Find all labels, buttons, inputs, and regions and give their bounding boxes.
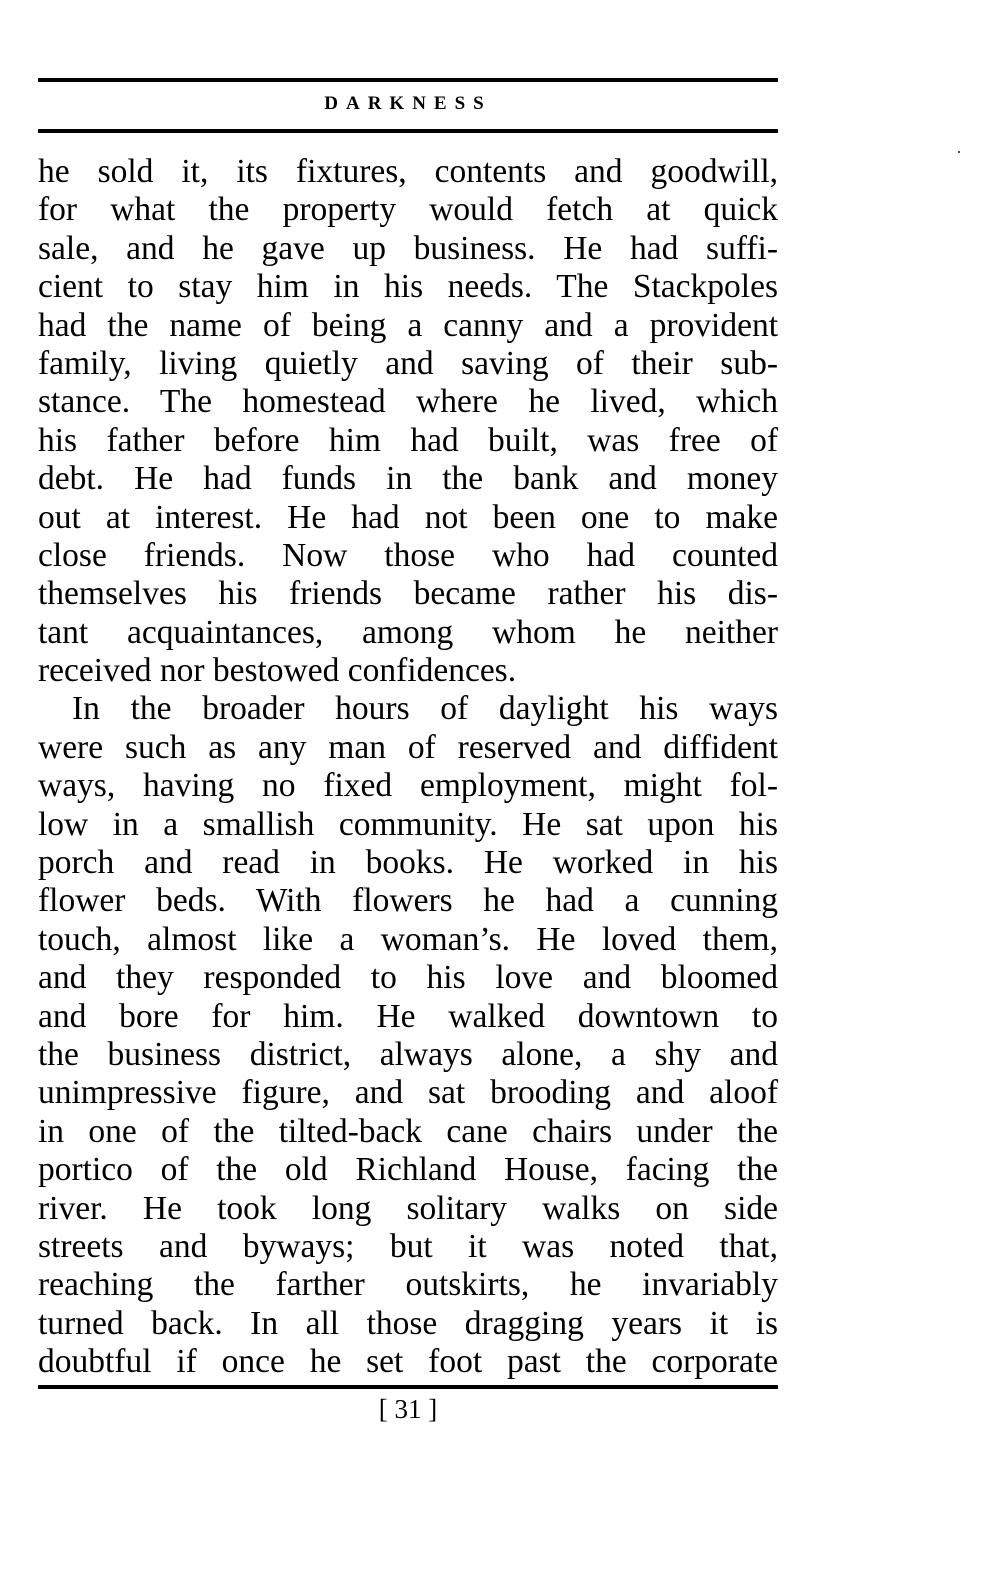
- scan-speck: [958, 151, 960, 153]
- text-line: were such as any man of reserved and dif…: [38, 729, 778, 767]
- text-line: river. He took long solitary walks on si…: [38, 1190, 778, 1228]
- text-line: low in a smallish community. He sat upon…: [38, 806, 778, 844]
- text-line: unimpressive figure, and sat brooding an…: [38, 1074, 778, 1112]
- text-line: close friends. Now those who had counted: [38, 537, 778, 575]
- text-line: had the name of being a canny and a prov…: [38, 307, 778, 345]
- body-text: he sold it, its fixtures, contents and g…: [38, 153, 778, 1382]
- paragraph-1: he sold it, its fixtures, contents and g…: [38, 153, 778, 690]
- text-line: In the broader hours of daylight his way…: [38, 690, 778, 728]
- text-line: received nor bestowed confidences.: [38, 652, 778, 690]
- text-line: reaching the farther outskirts, he invar…: [38, 1266, 778, 1304]
- text-line: touch, almost like a woman’s. He loved t…: [38, 921, 778, 959]
- text-line: family, living quietly and saving of the…: [38, 345, 778, 383]
- text-line: stance. The homestead where he lived, wh…: [38, 383, 778, 421]
- running-head: DARKNESS: [38, 93, 778, 115]
- text-line: doubtful if once he set foot past the co…: [38, 1343, 778, 1381]
- text-line: ways, having no fixed employment, might …: [38, 767, 778, 805]
- text-line: themselves his friends became rather his…: [38, 575, 778, 613]
- text-line: sale, and he gave up business. He had su…: [38, 230, 778, 268]
- text-line: in one of the tilted-back cane chairs un…: [38, 1113, 778, 1151]
- page-number: [ 31 ]: [38, 1394, 778, 1425]
- text-line: cient to stay him in his needs. The Stac…: [38, 268, 778, 306]
- text-line: turned back. In all those dragging years…: [38, 1305, 778, 1343]
- text-line: debt. He had funds in the bank and money: [38, 460, 778, 498]
- text-line: streets and byways; but it was noted tha…: [38, 1228, 778, 1266]
- text-line: for what the property would fetch at qui…: [38, 191, 778, 229]
- header-top-rule: [38, 78, 778, 82]
- text-line: and they responded to his love and bloom…: [38, 959, 778, 997]
- text-line: his father before him had built, was fre…: [38, 422, 778, 460]
- text-line: tant acquaintances, among whom he neithe…: [38, 614, 778, 652]
- paragraph-2: In the broader hours of daylight his way…: [38, 690, 778, 1381]
- text-line: and bore for him. He walked downtown to: [38, 998, 778, 1036]
- text-line: he sold it, its fixtures, contents and g…: [38, 153, 778, 191]
- header-bottom-rule: [38, 129, 778, 133]
- text-line: porch and read in books. He worked in hi…: [38, 844, 778, 882]
- text-line: the business district, always alone, a s…: [38, 1036, 778, 1074]
- text-line: portico of the old Richland House, facin…: [38, 1151, 778, 1189]
- footer-rule: [38, 1385, 778, 1389]
- text-line: out at interest. He had not been one to …: [38, 499, 778, 537]
- text-line: flower beds. With flowers he had a cunni…: [38, 882, 778, 920]
